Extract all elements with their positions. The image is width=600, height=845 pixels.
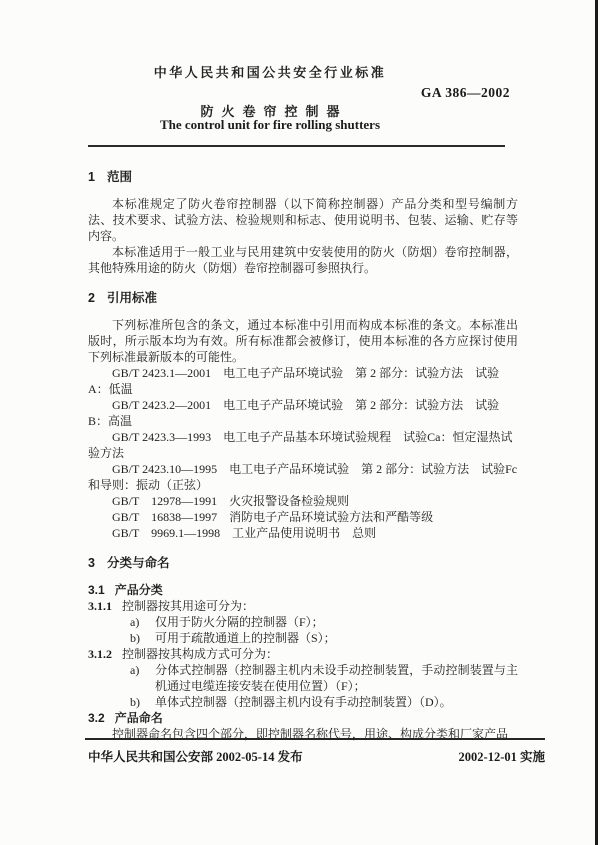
- footer-effective-date: 2002-12-01 实施: [459, 747, 545, 765]
- list-item-text: 单体式控制器（控制器主机内设有手动控制装置）（D）。: [155, 695, 452, 709]
- reference-item: GB/T 12978—1991 火灾报警设备检验规则: [88, 493, 518, 509]
- clause-3-1-title: 产品分类: [115, 583, 163, 597]
- list-item: a)仅用于防火分隔的控制器（F）；: [88, 614, 518, 630]
- reference-item: GB/T 2423.2—2001 电工电子产品环境试验 第 2 部分：试验方法 …: [88, 397, 518, 429]
- list-item-marker: a): [130, 614, 155, 630]
- section-1-title: 范围: [107, 170, 132, 184]
- clause-3-2-number: 3.2: [88, 710, 105, 726]
- document-body: 1范围 本标准规定了防火卷帘控制器（以下简称控制器）产品分类和型号编制方法、技术…: [88, 164, 518, 742]
- scan-edge-artifact: [595, 0, 598, 845]
- list-item: a)分体式控制器（控制器主机内未设手动控制装置，手动控制装置与主机通过电缆连接安…: [88, 662, 518, 694]
- list-item-marker: a): [130, 662, 155, 678]
- clause-3-1-1-number: 3.1.1: [88, 598, 112, 614]
- section-1-heading: 1范围: [88, 169, 518, 185]
- list-item-marker: b): [130, 694, 155, 710]
- clause-3-2-heading: 3.2产品命名: [88, 710, 518, 726]
- standard-code: GA 386—2002: [421, 85, 510, 101]
- header-divider: [88, 145, 505, 147]
- list-item: b)可用于疏散通道上的控制器（S）；: [88, 630, 518, 646]
- clause-3-1-2: 3.1.2控制器按其构成方式可分为：: [88, 646, 518, 662]
- footer-divider: [85, 738, 545, 740]
- reference-item: GB/T 16838—1997 消防电子产品环境试验方法和严酷等级: [88, 509, 518, 525]
- section-1-paragraph: 本标准适用于一般工业与民用建筑中安装使用的防火（防烟）卷帘控制器，其他特殊用途的…: [88, 244, 518, 276]
- clause-3-1-heading: 3.1产品分类: [88, 582, 518, 598]
- list-item-marker: b): [130, 630, 155, 646]
- section-3-title: 分类与命名: [107, 556, 170, 570]
- reference-item: GB/T 2423.10—1995 电工电子产品环境试验 第 2 部分：试验方法…: [88, 461, 518, 493]
- reference-item: GB/T 2423.1—2001 电工电子产品环境试验 第 2 部分：试验方法 …: [88, 365, 518, 397]
- section-2-intro: 下列标准所包含的条文，通过本标准中引用而构成本标准的条文。本标准出版时，所示版本…: [88, 317, 518, 365]
- list-item-text: 仅用于防火分隔的控制器（F）；: [155, 615, 324, 629]
- section-2-title: 引用标准: [107, 291, 157, 305]
- standard-type-label: 中华人民共和国公共安全行业标准: [0, 62, 540, 81]
- list-item-text: 可用于疏散通道上的控制器（S）；: [155, 631, 336, 645]
- list-item: b)单体式控制器（控制器主机内设有手动控制装置）（D）。: [88, 694, 518, 710]
- clause-3-1-1-text: 控制器按其用途可分为：: [122, 599, 254, 613]
- section-3-number: 3: [88, 555, 95, 571]
- section-2-number: 2: [88, 290, 95, 306]
- section-1-number: 1: [88, 169, 95, 185]
- clause-3-2-title: 产品命名: [115, 711, 163, 725]
- section-1-paragraph: 本标准规定了防火卷帘控制器（以下简称控制器）产品分类和型号编制方法、技术要求、试…: [88, 196, 518, 244]
- section-2-heading: 2引用标准: [88, 290, 518, 306]
- document-page: 中华人民共和国公共安全行业标准 GA 386—2002 防火卷帘控制器 The …: [0, 0, 600, 845]
- reference-item: GB/T 9969.1—1998 工业产品使用说明书 总则: [88, 525, 518, 541]
- footer: 中华人民共和国公安部 2002-05-14 发布 2002-12-01 实施: [88, 747, 545, 765]
- document-title-en: The control unit for fire rolling shutte…: [0, 117, 540, 133]
- reference-item: GB/T 2423.3—1993 电工电子产品基本环境试验规程 试验Ca：恒定湿…: [88, 429, 518, 461]
- section-3-heading: 3分类与命名: [88, 555, 518, 571]
- clause-3-1-number: 3.1: [88, 582, 105, 598]
- list-item-text: 分体式控制器（控制器主机内未设手动控制装置，手动控制装置与主机通过电缆连接安装在…: [155, 663, 518, 693]
- clause-3-1-2-text: 控制器按其构成方式可分为：: [122, 647, 278, 661]
- clause-3-1-1: 3.1.1控制器按其用途可分为：: [88, 598, 518, 614]
- clause-3-1-2-number: 3.1.2: [88, 646, 112, 662]
- footer-issued-by: 中华人民共和国公安部 2002-05-14 发布: [88, 747, 303, 765]
